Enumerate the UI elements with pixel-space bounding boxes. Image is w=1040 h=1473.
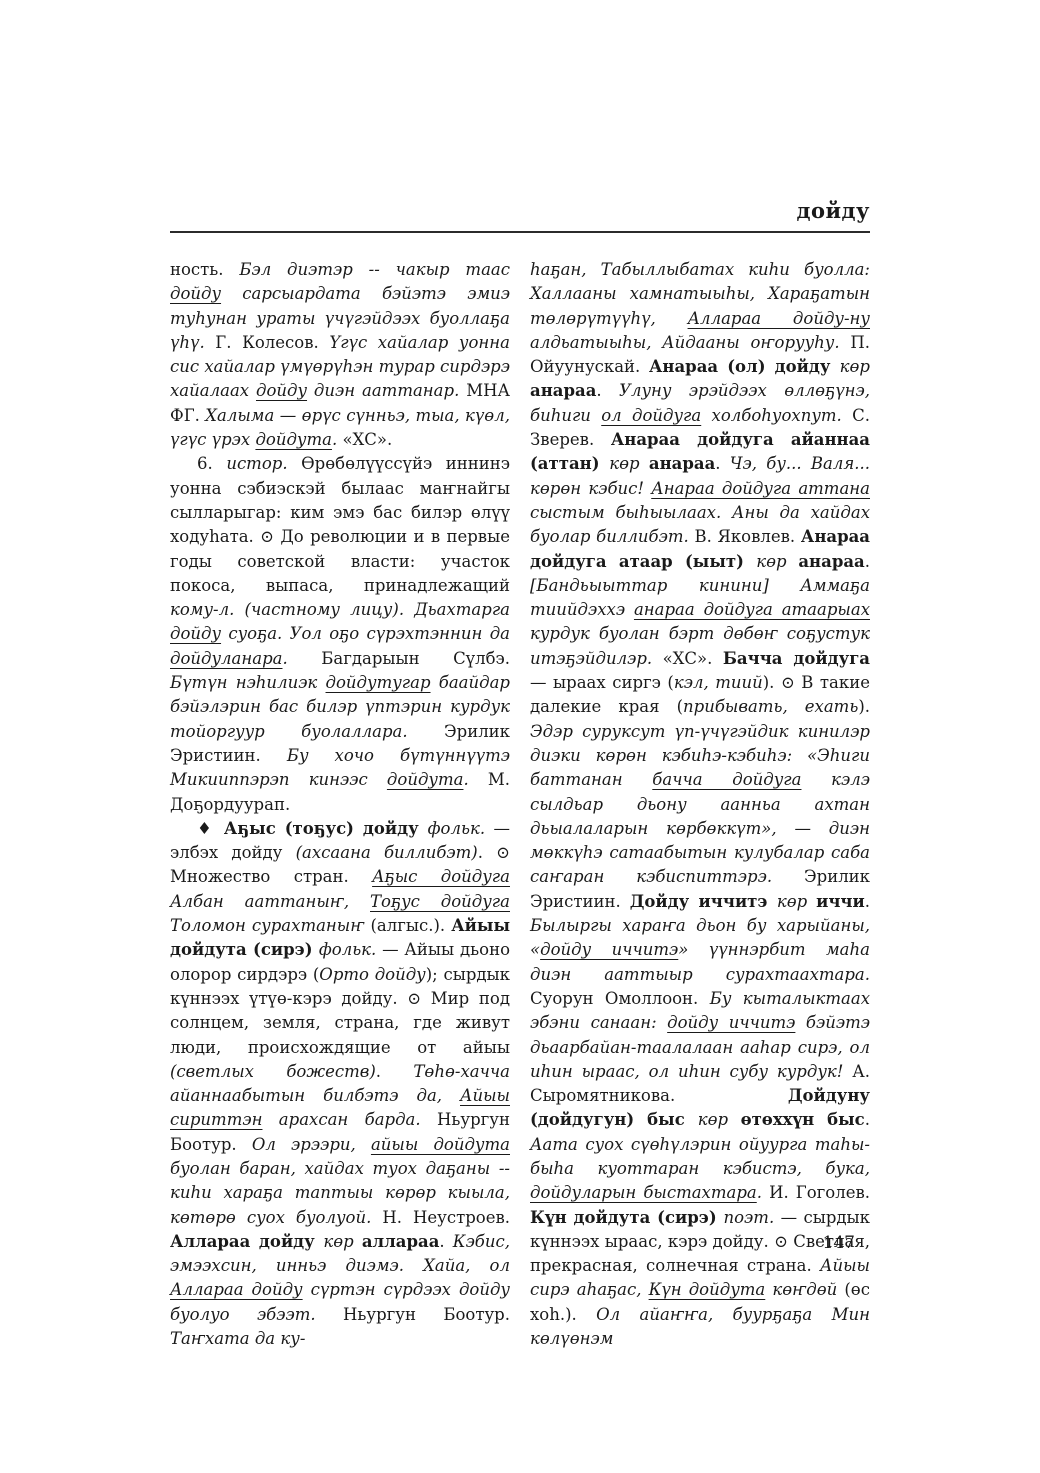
text-run: ). xyxy=(858,697,870,716)
left-column: ность. Бэл диэтэр -- чакыр таас дойду са… xyxy=(170,258,510,1351)
text-run: дойдута xyxy=(387,770,464,789)
text-run: көр xyxy=(777,892,816,911)
header-rule xyxy=(170,231,870,233)
text-run: (ахсаана биллибэт) xyxy=(296,843,478,862)
text-run: көр xyxy=(840,357,870,376)
entry-paragraph: ♦ Аҕыс (тоҕус) дойду фольк. — элбэх дойд… xyxy=(170,817,510,1352)
text-run: көр xyxy=(609,454,649,473)
text-run: . xyxy=(596,381,619,400)
text-run: Аата суох сүөһүлэрин ойуурга таһы-быһа к… xyxy=(530,1135,870,1178)
text-run: прибывать, ехать xyxy=(683,697,858,716)
text-run: фольк. xyxy=(319,940,376,959)
text-run: Бачча дойдуга xyxy=(723,649,870,668)
text-run: дойдуланара xyxy=(170,649,283,668)
text-run: Аллараа дойду xyxy=(170,1280,303,1299)
text-run: анараа xyxy=(530,381,596,400)
text-run: Бэл диэтэр -- чакыр таас xyxy=(239,260,510,279)
text-run: холбоһуохпут. xyxy=(701,406,842,425)
text-run: Таҥхата да ку- xyxy=(170,1329,305,1348)
dictionary-page: дойду ность. Бэл диэтэр -- чакыр таас до… xyxy=(0,0,1040,1473)
text-run: дойдутугар xyxy=(326,673,431,692)
text-run: дойду xyxy=(170,624,221,643)
right-column: һаҕан, Табыллыбатах киһи буолла: Халлаан… xyxy=(530,258,870,1351)
text-run: ность. xyxy=(170,260,239,279)
text-run: арахсан барда. xyxy=(262,1110,420,1129)
text-run: Тоҕус дойдуга xyxy=(370,892,510,911)
text-run: иччи xyxy=(816,892,865,911)
text-run: бачча дойдуга xyxy=(652,770,801,789)
text-run: Өрөбөлүүссүйэ иннинэ уонна сэбиэскэй был… xyxy=(170,454,510,594)
text-run: Бүтүн нэһилиэк xyxy=(170,673,326,692)
text-run: Ол эрээри, xyxy=(252,1135,371,1154)
text-run: анараа xyxy=(798,552,864,571)
text-run: Дьахтарга xyxy=(414,600,510,619)
text-run: дойду иччитэ xyxy=(667,1013,795,1032)
text-run: өтөххүн быс xyxy=(741,1110,865,1129)
text-run: . xyxy=(376,1062,414,1081)
text-run: . xyxy=(865,892,870,911)
text-run: Суорун Омоллоон. xyxy=(530,989,710,1008)
text-run: дойдута xyxy=(255,430,332,449)
text-run: айыы дойдута xyxy=(371,1135,510,1154)
text-block: дойду ность. Бэл диэтэр -- чакыр таас до… xyxy=(170,198,870,1351)
text-run: . xyxy=(715,454,730,473)
text-run: В. Яковлев. xyxy=(689,527,801,546)
text-run: Орто дойду xyxy=(319,965,425,984)
text-run: ол дойдуга xyxy=(601,406,701,425)
page-number: 147 xyxy=(170,1233,855,1253)
entry-paragraph: һаҕан, Табыллыбатах киһи буолла: Халлаан… xyxy=(530,258,870,1351)
text-run: (светлых божеств) xyxy=(170,1062,376,1081)
text-run: анараа дойдуга атаарыах xyxy=(634,600,870,619)
text-run: Анараа (ол) дойду xyxy=(649,357,840,376)
text-run: дойду xyxy=(256,381,307,400)
text-run: — ыраах сиргэ ( xyxy=(530,673,674,692)
text-run: Аллараа дойду-ну xyxy=(688,309,870,328)
entry-paragraph: 6. истор. Өрөбөлүүссүйэ иннинэ уонна сэб… xyxy=(170,452,510,816)
text-run: кому-л. (частному лицу). xyxy=(170,600,404,619)
text-run: дойдуларын быстахтара xyxy=(530,1183,757,1202)
text-run: көр xyxy=(698,1110,741,1129)
text-run: Г. Колесов. xyxy=(205,333,330,352)
text-run: ♦ Аҕыс (тоҕус) дойду xyxy=(197,819,428,838)
text-run: Багдарыын Сүлбэ. xyxy=(288,649,510,668)
text-run: . xyxy=(865,552,870,571)
text-run: дойду иччитэ xyxy=(540,940,678,959)
running-headword: дойду xyxy=(796,198,870,223)
text-run: Ньургун Боотур. xyxy=(316,1305,510,1324)
text-run: фольк. xyxy=(428,819,485,838)
text-run: Н. Неустроев. xyxy=(371,1208,510,1227)
text-run: поэт. xyxy=(724,1208,775,1227)
text-run: И. Гоголев. xyxy=(762,1183,870,1202)
text-run: 6. xyxy=(197,454,226,473)
text-run: көр xyxy=(756,552,798,571)
text-run: Күн дойдута xyxy=(649,1280,766,1299)
text-run: Дойду иччитэ xyxy=(630,892,777,911)
text-run: «ХС». xyxy=(337,430,392,449)
text-run: суоҕа. Уол оҕо сүрэхтэннин да xyxy=(221,624,510,643)
text-run: (алгыс.). xyxy=(370,916,451,935)
text-run: анараа xyxy=(649,454,715,473)
text-run xyxy=(404,600,414,619)
text-run: алдьатыыһы, Айдааны оҥорууһу. xyxy=(530,333,840,352)
text-run: кэл, тиий xyxy=(674,673,763,692)
entry-paragraph: ность. Бэл диэтэр -- чакыр таас дойду са… xyxy=(170,258,510,452)
text-run: Анараа дойдуга аттана xyxy=(651,479,870,498)
text-run: дойду xyxy=(170,284,221,303)
text-run: диэн ааттанар. xyxy=(307,381,459,400)
text-run: Күн дойдута (сирэ) xyxy=(530,1208,724,1227)
text-run: Аҕыс дойдуга xyxy=(372,867,510,886)
text-run: «ХС». xyxy=(652,649,723,668)
text-run: көҥдөй xyxy=(765,1280,844,1299)
text-run: истор. xyxy=(226,454,287,473)
running-head: дойду xyxy=(170,198,870,231)
text-run: Албан ааттаныҥ, xyxy=(170,892,370,911)
text-columns: ность. Бэл диэтэр -- чакыр таас дойду са… xyxy=(170,258,870,1351)
text-run: . xyxy=(865,1110,870,1129)
text-run: Толомон сурахтаныҥ xyxy=(170,916,370,935)
